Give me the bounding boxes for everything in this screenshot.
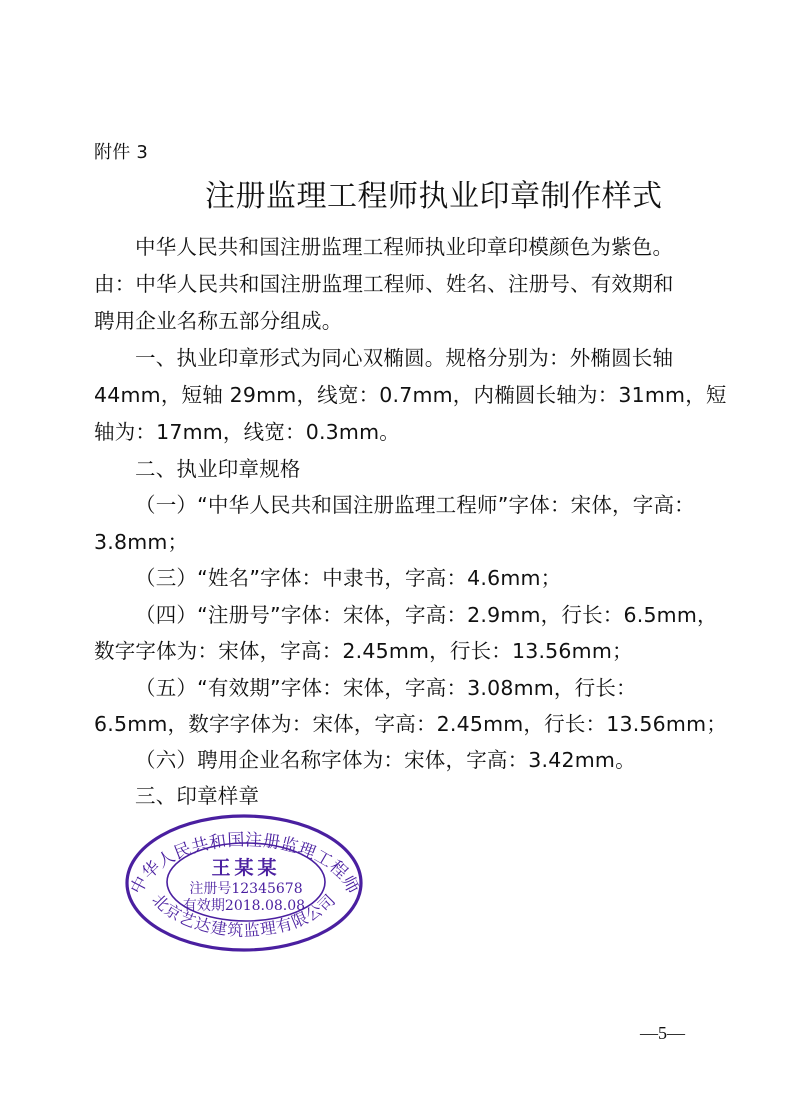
seal-registration: 注册号12345678 — [189, 881, 302, 897]
paragraph-line: 3.8mm； — [94, 528, 188, 556]
spec-item-1: （一）“中华人民共和国注册监理工程师”字体：宋体，字高： — [135, 491, 695, 519]
paragraph-line: 6.5mm，数字字体为：宋体，字高：2.45mm，行长：13.56mm； — [94, 710, 727, 738]
paragraph-line: 由：中华人民共和国注册监理工程师、姓名、注册号、有效期和 — [94, 270, 674, 298]
paragraph-line: 数字字体为：宋体，字高：2.45mm，行长：13.56mm； — [94, 637, 633, 665]
paragraph-line: 聘用企业名称五部分组成。 — [94, 307, 342, 335]
attachment-label: 附件 3 — [94, 139, 148, 167]
paragraph-line: 轴为：17mm，线宽：0.3mm。 — [94, 418, 400, 446]
spec-item-5: （五）“有效期”字体：宋体，字高：3.08mm，行长： — [135, 674, 637, 702]
spec-item-6: （六）聘用企业名称字体为：宋体，字高：3.42mm。 — [135, 746, 636, 774]
paragraph-line: 中华人民共和国注册监理工程师执业印章印模颜色为紫色。 — [135, 233, 673, 261]
paragraph-line: 44mm，短轴 29mm，线宽：0.7mm，内椭圆长轴为：31mm，短 — [94, 381, 727, 409]
document-title: 注册监理工程师执业印章制作样式 — [205, 177, 663, 217]
document-page: 附件 3 注册监理工程师执业印章制作样式 中华人民共和国注册监理工程师执业印章印… — [0, 0, 792, 1120]
seal-validity: 有效期2018.08.08 — [183, 898, 305, 914]
spec-item-3: （三）“姓名”字体：中隶书，字高：4.6mm； — [135, 564, 561, 592]
seal-name: 王某某 — [211, 856, 280, 879]
page-number: —5— — [640, 1023, 685, 1044]
section-two-heading: 二、执业印章规格 — [135, 455, 301, 483]
spec-item-4: （四）“注册号”字体：宋体，字高：2.9mm，行长：6.5mm， — [135, 601, 718, 629]
section-three-heading: 三、印章样章 — [135, 782, 259, 810]
section-one-line: 一、执业印章形式为同心双椭圆。规格分别为：外椭圆长轴 — [135, 344, 673, 372]
sample-seal: 中华人民共和国注册监理工程师 北京艺达建筑监理有限公司 王某某 注册号12345… — [118, 808, 370, 960]
